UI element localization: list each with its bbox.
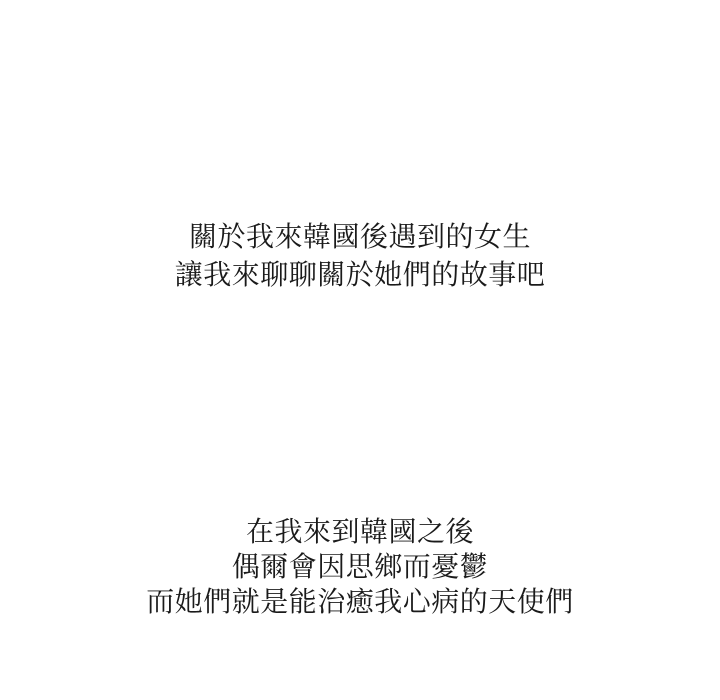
narration-block-bottom: 在我來到韓國之後 偶爾會因思鄉而憂鬱 而她們就是能治癒我心病的天使們 — [0, 514, 720, 619]
narration-line: 而她們就是能治癒我心病的天使們 — [0, 584, 720, 619]
narration-line: 偶爾會因思鄉而憂鬱 — [0, 549, 720, 584]
narration-line: 在我來到韓國之後 — [0, 514, 720, 549]
narration-block-top: 關於我來韓國後遇到的女生 讓我來聊聊關於她們的故事吧 — [0, 218, 720, 294]
narration-line: 關於我來韓國後遇到的女生 — [0, 218, 720, 256]
comic-page: 關於我來韓國後遇到的女生 讓我來聊聊關於她們的故事吧 在我來到韓國之後 偶爾會因… — [0, 0, 720, 700]
narration-line: 讓我來聊聊關於她們的故事吧 — [0, 256, 720, 294]
